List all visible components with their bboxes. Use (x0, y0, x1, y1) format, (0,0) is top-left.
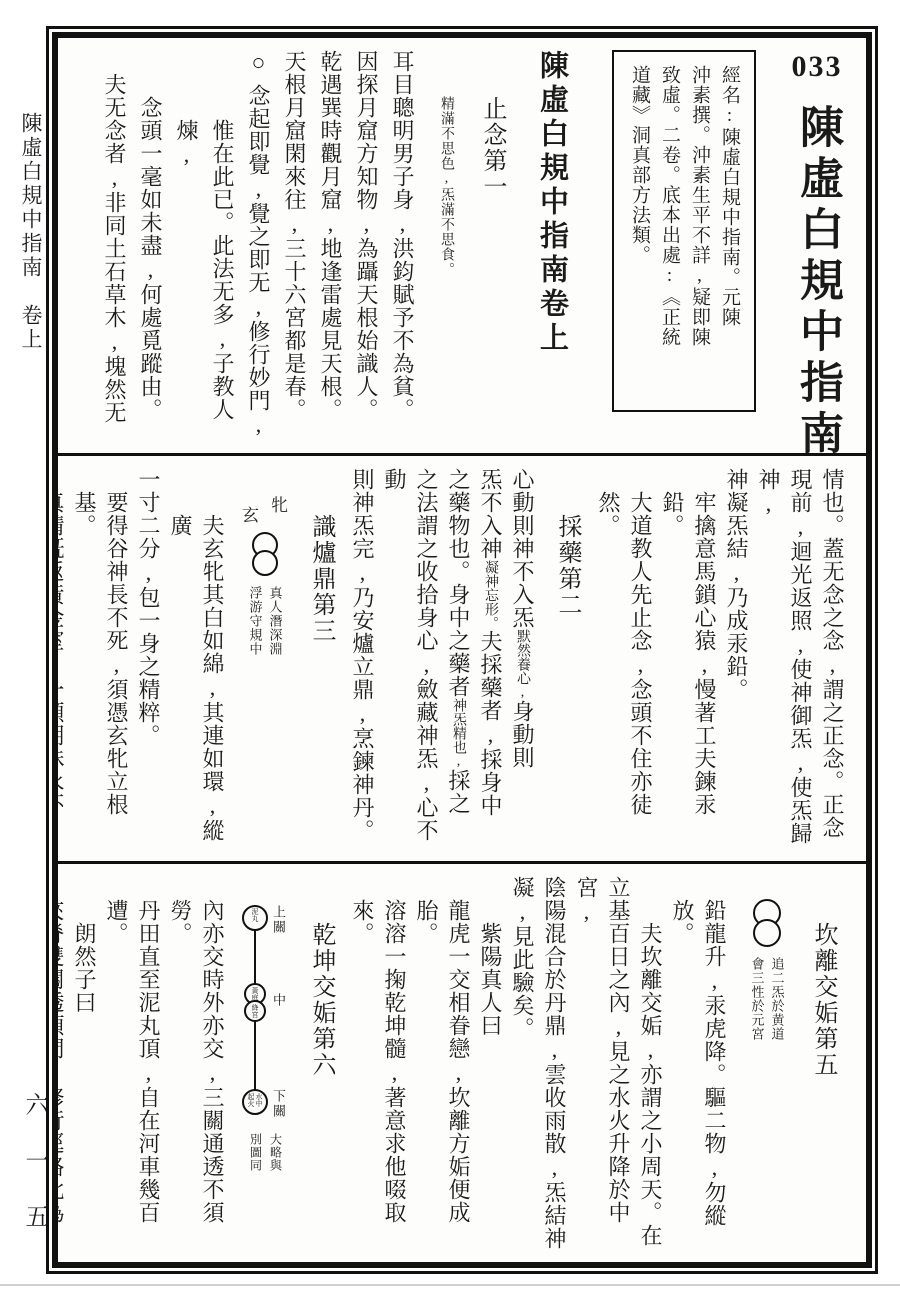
poem-line: 丹田直至泥丸頂,自在河車幾百遭。 (100, 876, 164, 1256)
chapter-header-3: 識爐鼎第三 (302, 468, 340, 855)
text-column: 神凝炁結,乃成汞鉛。 (720, 468, 752, 855)
poem-line: 夾脊雙關透頂門,修行逕路此為尊。 (58, 876, 68, 1256)
note-column: 浮游守規中 (247, 586, 264, 656)
text-run: 身動則 (510, 700, 535, 769)
circle-label: 黃庭 (251, 987, 259, 1001)
chapter-note: 精滿不思色,炁滿不思食。 (428, 50, 464, 447)
chapter-header-2: 採藥第二 (548, 468, 586, 855)
text-column: 之法謂之收拾身心,斂藏神炁,心不動 (378, 468, 442, 855)
circle-icon (252, 550, 278, 576)
poem-line: 溶溶一掬乾坤髓,著意求他啜取來。 (346, 876, 410, 1256)
poem-line: 真精既返黃金室,一顆明珠永不離。 (58, 468, 68, 855)
text-run: 之藥物也。身中之藥者 (446, 468, 471, 698)
poem-line: 要得谷神長不死,須憑玄牝立根基。 (68, 468, 132, 855)
text-run: 夫採藥者,採身中 (478, 630, 503, 817)
circle-icon: 泥丸 (242, 905, 268, 931)
poem-line: 牢擒意馬鎖心猿,慢著工夫鍊汞鉛。 (656, 468, 720, 855)
page-frame-inner: 033 陳虛白規中指南 經名:陳虛白規中指南。元陳 沖素撰。沖素生平不詳,疑即陳… (52, 32, 872, 1268)
poem-line: 耳目聰明男子身,洪鈞賦予不為貧。 (384, 50, 420, 447)
margin-caption: 陳虛白規中指南 卷上 (16, 112, 46, 352)
poem-line: 大道教人先止念,念頭不住亦徒然。 (592, 468, 656, 855)
circle-marker: ○ (246, 50, 271, 76)
note-column: 追二炁於黄道 (769, 957, 786, 1041)
text-column: 心動則神不入炁默然養心,身動則 (506, 468, 538, 855)
text-column: 炁不入神凝神忘形。夫採藥者,採身中 (474, 468, 506, 855)
gate-label: 中 (271, 993, 286, 1008)
text-column: 則神炁完,乃安爐立鼎,烹鍊神丹。 (346, 468, 378, 855)
note-column: 別圖同 (247, 1133, 264, 1172)
circle-label: 水中起火 (247, 1093, 263, 1111)
main-title: 陳虛白規中指南 (787, 104, 847, 456)
note-column: 真人潛深淵 (267, 586, 284, 656)
poem-line: 龍虎一交相眷戀,坎離方姤便成胎。 (410, 876, 474, 1256)
diagram-note: 真人潛深淵浮游守規中 (247, 586, 284, 656)
gate-label: 上關 (271, 905, 286, 935)
diagram-label: 牝 (271, 491, 288, 526)
poem-line: 天根月窟閑來往,三十六宮都是春。 (276, 50, 312, 447)
text-column: ○念起即覺,覺之即无,修行妙門, (240, 50, 276, 447)
text-column: 一寸二分,包一身之精粹。 (132, 468, 164, 855)
note-column: 大略與 (267, 1133, 284, 1172)
text-run: 心動則神不入炁 (510, 468, 535, 629)
chapter-header-1: 止念第一 (474, 50, 510, 447)
colophon-column: 沖素撰。沖素生平不詳,疑即陳 (684, 65, 714, 397)
text-column: 夫无念者,非同土石草木,塊然无 (96, 50, 132, 447)
scan-artifact-line (0, 1284, 900, 1286)
circle-icon (753, 919, 781, 947)
speaker-line: 朗然子曰 (68, 876, 100, 1256)
note-column: 會三性於元宮 (749, 957, 766, 1041)
text-column: 陰陽混合於丹鼎,雲收雨散,炁結神 (538, 876, 570, 1256)
text-run: 炁不入神 (478, 468, 503, 560)
poem-line: 因探月窟方知物,為躡天根始識人。 (348, 50, 384, 447)
speaker-line: 紫陽真人曰 (474, 876, 506, 1256)
text-column: 現前,迴光返照,使神御炁,使炁歸神, (752, 468, 816, 855)
diagram-note: 追二炁於黄道會三性於元宮 (749, 957, 786, 1041)
colophon-box: 經名:陳虛白規中指南。元陳 沖素撰。沖素生平不詳,疑即陳 致虛。二卷。底本出處:… (612, 50, 756, 412)
diagram-label: 玄 (242, 501, 259, 526)
colophon-column: 經名:陳虛白規中指南。元陳 (714, 65, 744, 397)
gate-label: 下關 (271, 1089, 286, 1119)
text-column: 夫玄牝其白如綿,其連如環,縱廣 (164, 468, 228, 855)
band-top: 033 陳虛白規中指南 經名:陳虛白規中指南。元陳 沖素撰。沖素生平不詳,疑即陳… (58, 38, 866, 456)
circle-label: 泥丸 (251, 908, 259, 928)
text-column: 內亦交時外亦交,三關通透不須勞。 (164, 876, 228, 1256)
circle-icon: 絳宮 (244, 1000, 266, 1022)
text-column: 立基百日之內,見之水火升降於中宮, (570, 876, 634, 1256)
colophon-column: 道藏》洞真部方法類。 (624, 65, 654, 397)
inline-annotation: 默然養心, (515, 629, 530, 700)
scanned-book-page: { "page": { "folio_number": "033", "main… (0, 0, 900, 1300)
text-column: 念頭一毫如未盡,何處覓蹤由。 (132, 50, 168, 447)
text-column: 鉛龍升,汞虎降。驅二物,勿縱放。 (666, 876, 730, 1256)
colophon-column: 致虛。二卷。底本出處:《正統 (654, 65, 684, 397)
xuanpin-diagram: 牝玄真人潛深淵浮游守規中 (238, 491, 292, 656)
diagram-note: 大略與別圖同 (238, 1133, 292, 1172)
three-gates-diagram: 泥丸上關黃庭絳宮中水中起火下關大略與別圖同 (238, 899, 292, 1173)
text-column: 惟在此已。此法无多,子教人煉, (168, 50, 240, 447)
text-run: 採之 (446, 769, 471, 815)
page-frame: 033 陳虛白規中指南 經名:陳虛白規中指南。元陳 沖素撰。沖素生平不詳,疑即陳… (46, 26, 878, 1274)
inline-annotation: 神炁精也, (451, 698, 466, 769)
text-column: 夫坎離交姤,亦謂之小周天。在 (634, 876, 666, 1256)
text-column: 情也。蓋无念之念,謂之正念。正念 (816, 468, 848, 855)
text-column: 凝,見此驗矣。 (506, 876, 538, 1256)
inline-annotation: 凝神忘形。 (483, 560, 498, 630)
circle-icon: 水中起火 (242, 1089, 268, 1115)
band-middle: 情也。蓋无念之念,謂之正念。正念現前,迴光返照,使神御炁,使炁歸神,神凝炁結,乃… (58, 456, 866, 864)
volume-title: 陳虛白規中指南卷上 (534, 50, 570, 447)
text-column: 之藥物也。身中之藥者神炁精也,採之 (442, 468, 474, 855)
kanli-circles-diagram: 追二炁於黄道會三性於元宮 (740, 899, 794, 1041)
chapter-header-5: 坎離交姤第五 (804, 876, 842, 1256)
title-block: 033 陳虛白規中指南 (786, 50, 848, 447)
folio-number: 033 (786, 50, 848, 96)
poem-line: 乾遇巽時觀月窟,地逢雷處見天根。 (312, 50, 348, 447)
chapter-header-6: 乾坤交姤第六 (302, 876, 340, 1256)
diagram-top-labels: 牝玄 (242, 491, 288, 526)
circle-label: 絳宮 (251, 1004, 259, 1018)
band-bottom: 坎離交姤第五追二炁於黄道會三性於元宮鉛龍升,汞虎降。驅二物,勿縱放。夫坎離交姤,… (58, 864, 866, 1262)
